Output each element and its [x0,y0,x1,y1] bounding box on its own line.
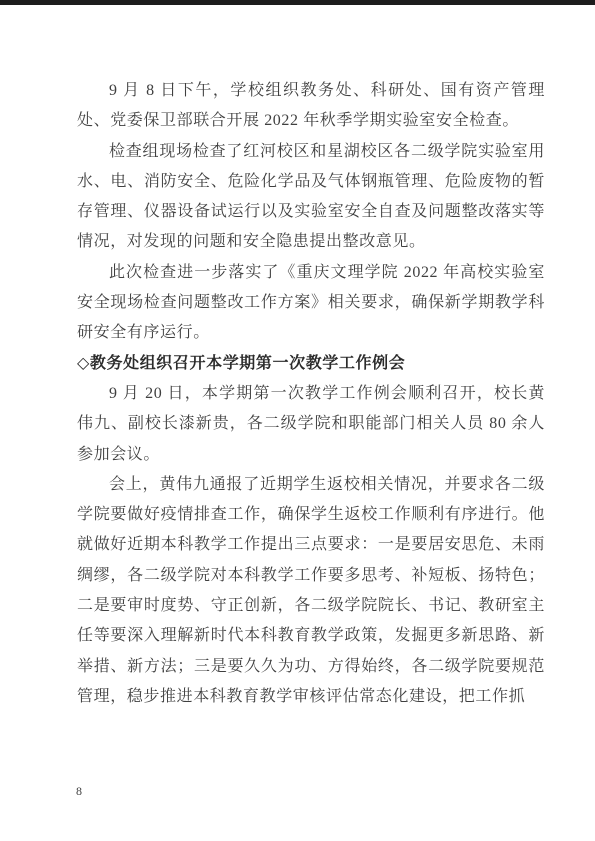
paragraph-meeting-intro: 9 月 20 日，本学期第一次教学工作例会顺利召开，校长黄伟九、副校长漆新贵，各… [77,379,545,470]
paragraph-meeting-requirements: 会上，黄伟九通报了近期学生返校相关情况，并要求各二级学院要做好疫情排查工作，确保… [77,470,545,712]
section-heading-teaching-meeting: ◇教务处组织召开本学期第一次教学工作例会 [77,349,545,379]
paragraph-lab-safety-check-intro: 9 月 8 日下午，学校组织教务处、科研处、国有资产管理处、党委保卫部联合开展 … [77,76,545,137]
paragraph-lab-safety-check-outcome: 此次检查进一步落实了《重庆文理学院 2022 年高校实验室安全现场检查问题整改工… [77,258,545,349]
page-content: 9 月 8 日下午，学校组织教务处、科研处、国有资产管理处、党委保卫部联合开展 … [77,76,545,712]
page-top-border [0,0,595,5]
paragraph-lab-safety-check-details: 检查组现场检查了红河校区和星湖校区各二级学院实验室用水、电、消防安全、危险化学品… [77,137,545,258]
document-page: 9 月 8 日下午，学校组织教务处、科研处、国有资产管理处、党委保卫部联合开展 … [0,0,595,841]
page-number: 8 [76,783,82,799]
